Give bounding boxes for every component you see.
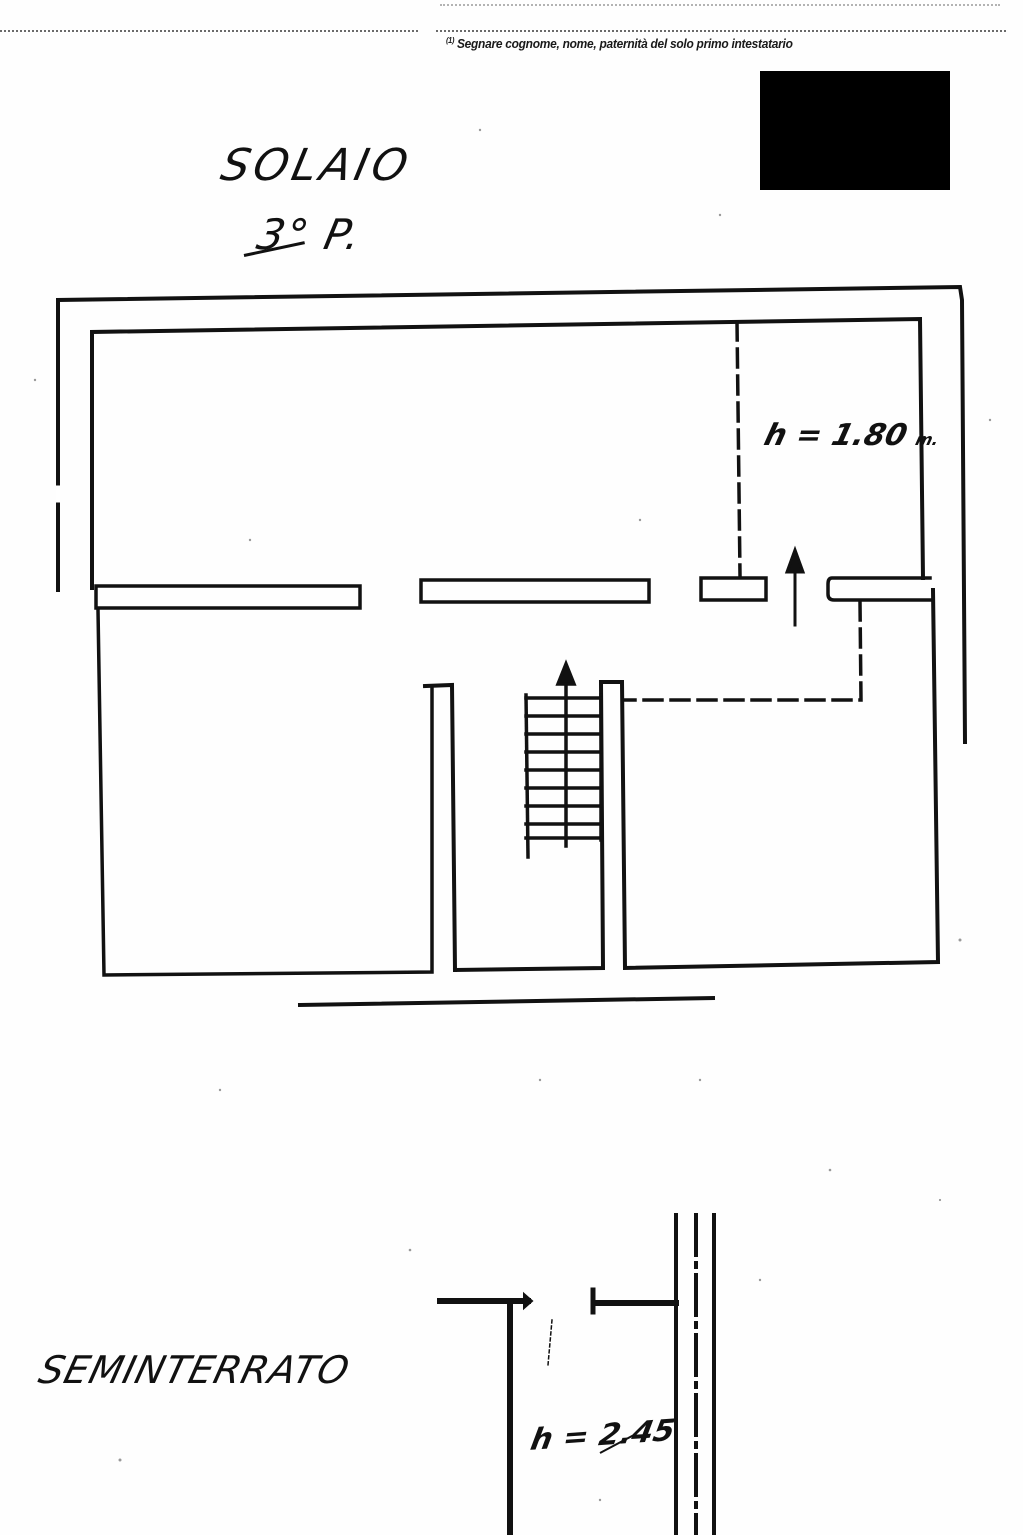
horizontal-partitions: [96, 578, 930, 608]
dashed-height-boundary: [625, 322, 861, 700]
arrow-up-icon: [787, 550, 803, 625]
scan-noise: [34, 129, 991, 1501]
document-page: (1)Segnare cognome, nome, paternità del …: [0, 0, 1023, 1535]
lower-left-room-wall: [98, 610, 432, 975]
boundary-axis-line: [676, 1215, 714, 1535]
floor-plan-drawing: [0, 0, 1023, 1535]
seminterrato-walls: [440, 1290, 676, 1535]
door-mark: [548, 1320, 552, 1365]
upper-room-wall: [92, 319, 923, 588]
bottom-rule: [300, 998, 713, 1005]
exterior-wall: [58, 287, 965, 742]
staircase-icon: [526, 664, 601, 857]
